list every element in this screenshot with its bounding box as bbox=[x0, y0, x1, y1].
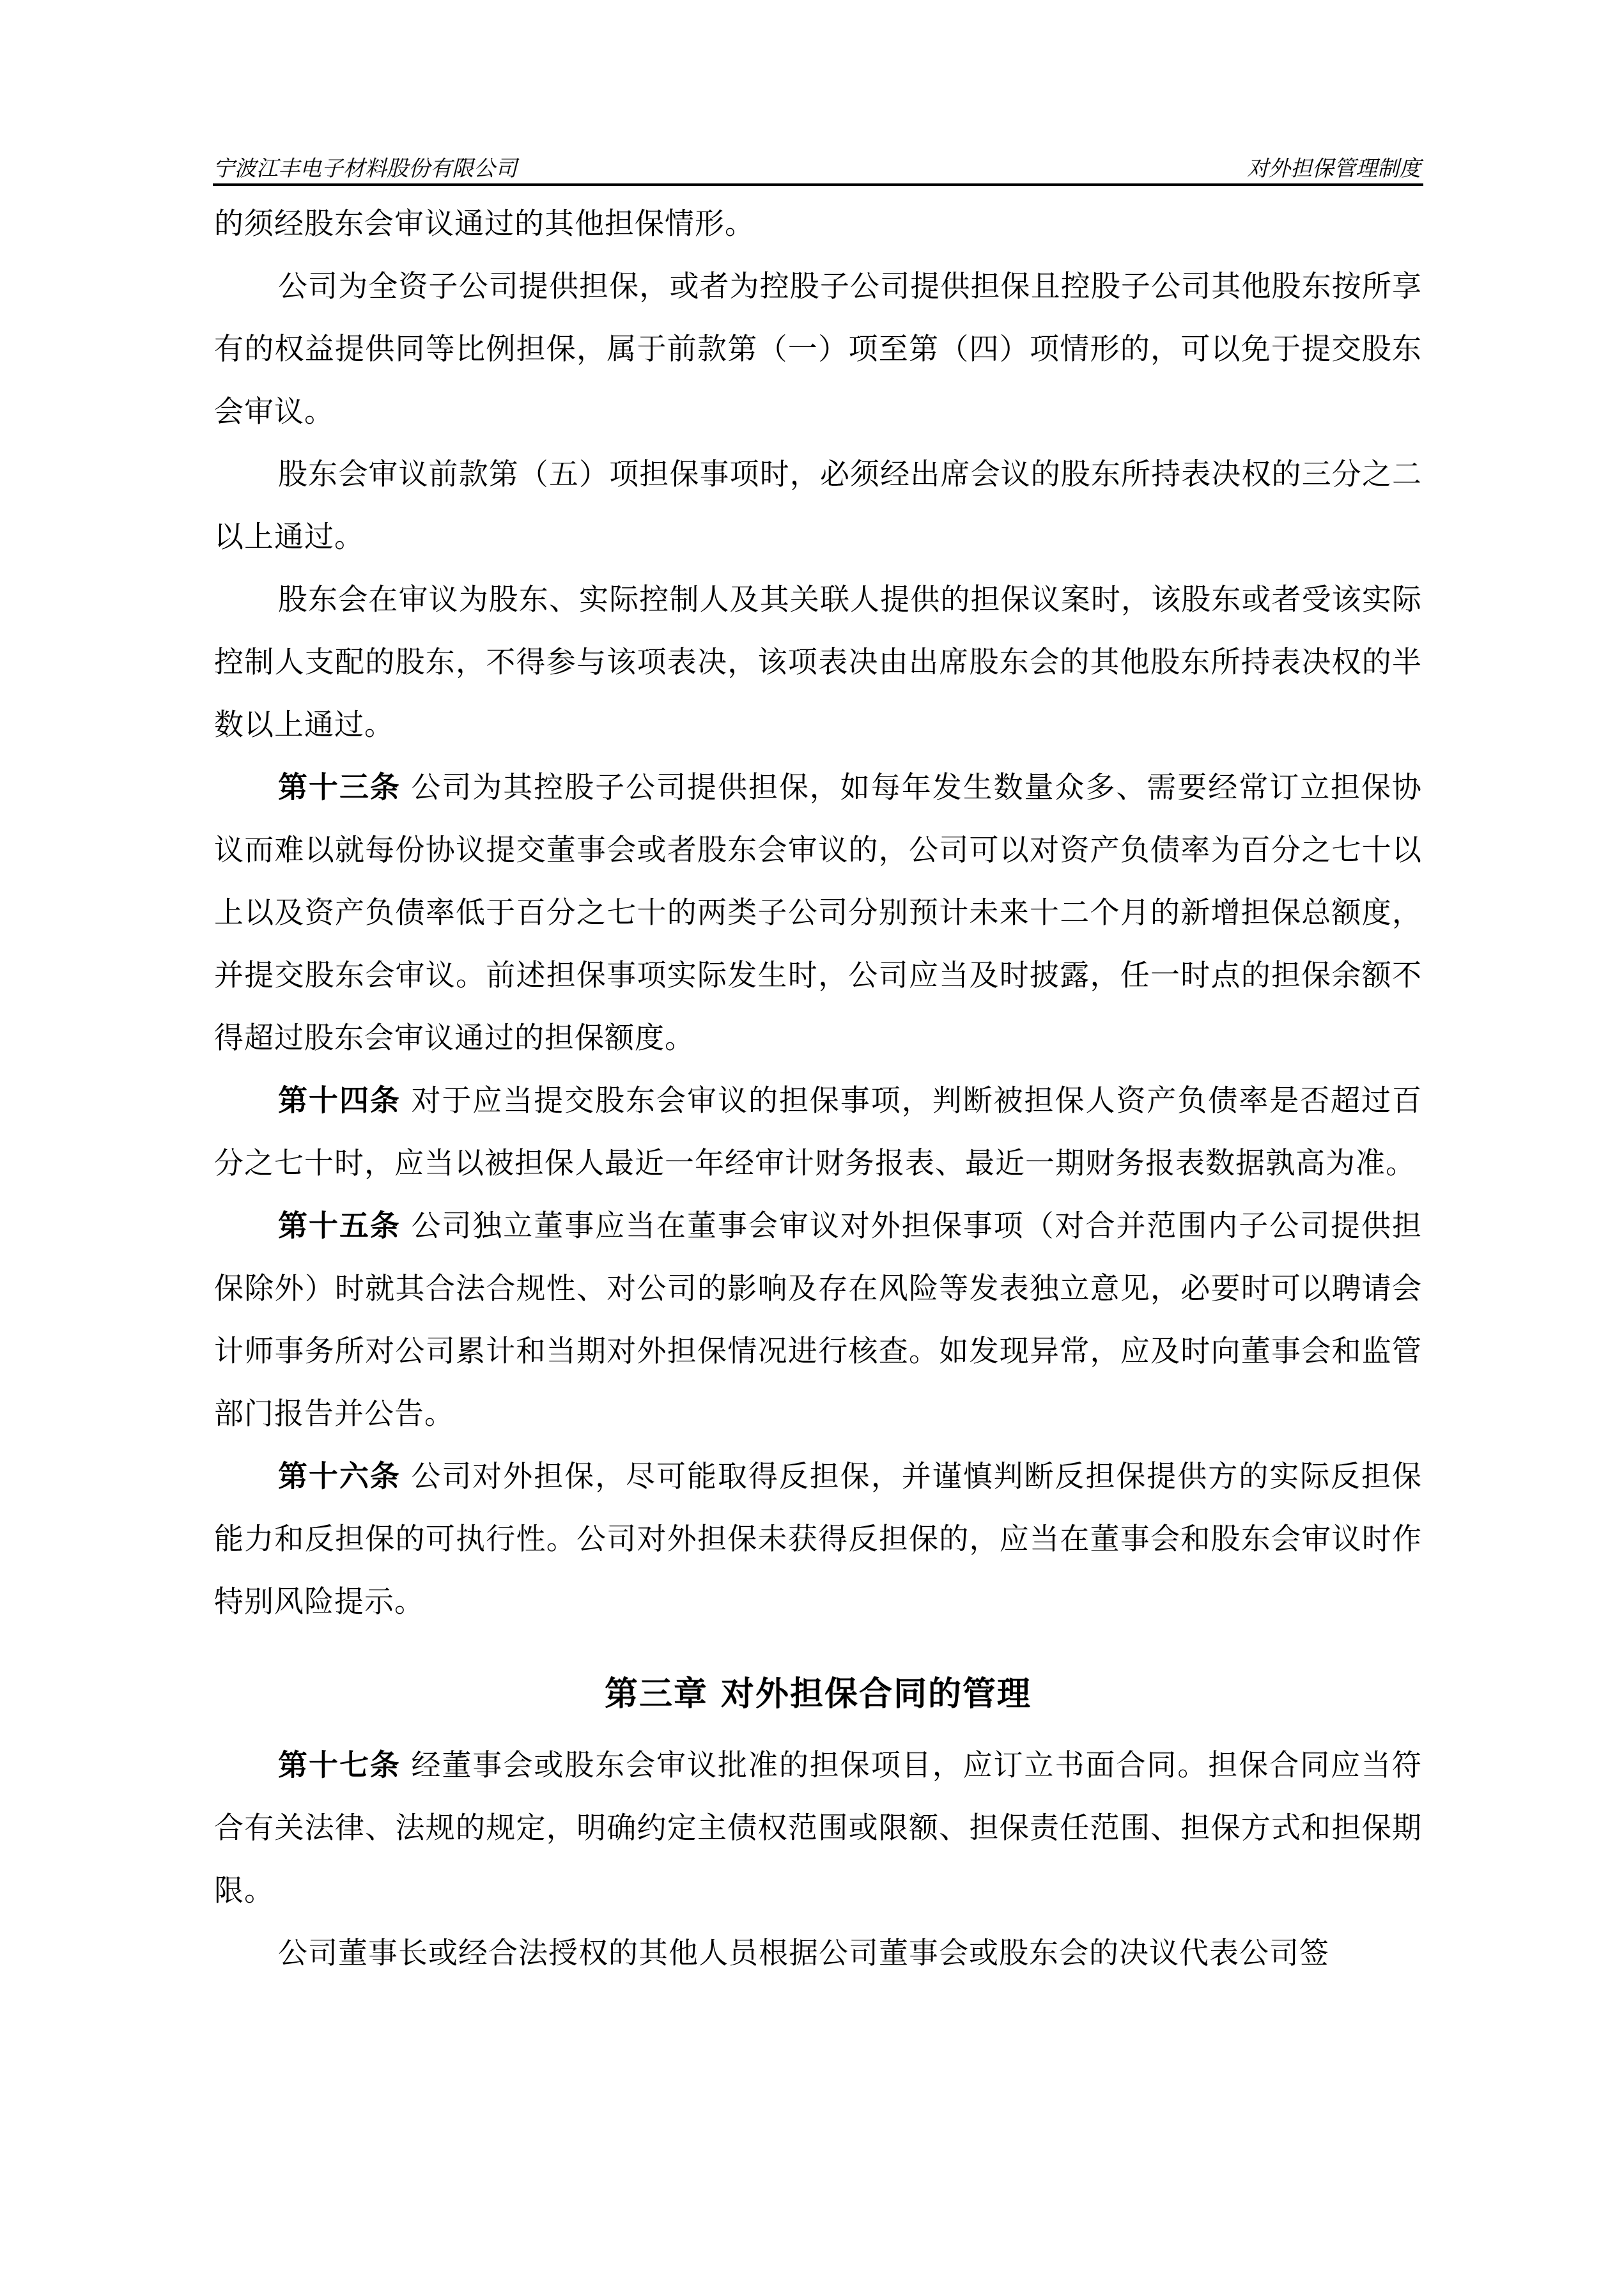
paragraph-text: 公司董事长或经合法授权的其他人员根据公司董事会或股东会的决议代表公司签 bbox=[278, 1935, 1329, 1970]
paragraph-text: 的须经股东会审议通过的其他担保情形。 bbox=[214, 206, 755, 240]
paragraph-text: 公司为全资子公司提供担保，或者为控股子公司提供担保且控股子公司其他股东按所享有的… bbox=[214, 268, 1422, 428]
article-15: 第十五条 公司独立董事应当在董事会审议对外担保事项（对合并范围内子公司提供担保除… bbox=[214, 1194, 1422, 1444]
article-17: 第十七条 经董事会或股东会审议批准的担保项目，应订立书面合同。担保合同应当符合有… bbox=[214, 1733, 1422, 1921]
paragraph: 股东会在审议为股东、实际控制人及其关联人提供的担保议案时，该股东或者受该实际控制… bbox=[214, 568, 1422, 755]
document-body: 的须经股东会审议通过的其他担保情形。 公司为全资子公司提供担保，或者为控股子公司… bbox=[214, 192, 1422, 1984]
article-13: 第十三条 公司为其控股子公司提供担保，如每年发生数量众多、需要经常订立担保协议而… bbox=[214, 755, 1422, 1069]
page-header: 宁波江丰电子材料股份有限公司 对外担保管理制度 bbox=[213, 151, 1421, 183]
paragraph: 股东会审议前款第（五）项担保事项时，必须经出席会议的股东所持表决权的三分之二以上… bbox=[214, 442, 1422, 568]
article-number: 第十三条 bbox=[278, 769, 401, 804]
paragraph: 公司为全资子公司提供担保，或者为控股子公司提供担保且控股子公司其他股东按所享有的… bbox=[214, 254, 1422, 442]
article-number: 第十四条 bbox=[278, 1083, 401, 1117]
header-document-title: 对外担保管理制度 bbox=[1247, 151, 1421, 182]
article-number: 第十七条 bbox=[278, 1747, 401, 1782]
article-16: 第十六条 公司对外担保，尽可能取得反担保，并谨慎判断反担保提供方的实际反担保能力… bbox=[214, 1444, 1422, 1632]
paragraph-text: 股东会在审议为股东、实际控制人及其关联人提供的担保议案时，该股东或者受该实际控制… bbox=[214, 582, 1422, 741]
article-14: 第十四条 对于应当提交股东会审议的担保事项，判断被担保人资产负债率是否超过百分之… bbox=[214, 1069, 1422, 1194]
paragraph: 公司董事长或经合法授权的其他人员根据公司董事会或股东会的决议代表公司签 bbox=[214, 1921, 1422, 1984]
article-number: 第十五条 bbox=[278, 1208, 401, 1242]
paragraph-text: 股东会审议前款第（五）项担保事项时，必须经出席会议的股东所持表决权的三分之二以上… bbox=[214, 456, 1422, 553]
paragraph: 的须经股东会审议通过的其他担保情形。 bbox=[214, 192, 1422, 254]
header-divider bbox=[213, 183, 1423, 186]
chapter-heading: 第三章 对外担保合同的管理 bbox=[214, 1659, 1422, 1729]
header-company-name: 宁波江丰电子材料股份有限公司 bbox=[213, 151, 517, 182]
article-number: 第十六条 bbox=[278, 1458, 401, 1493]
paragraph-text: 公司为其控股子公司提供担保，如每年发生数量众多、需要经常订立担保协议而难以就每份… bbox=[214, 769, 1422, 1055]
